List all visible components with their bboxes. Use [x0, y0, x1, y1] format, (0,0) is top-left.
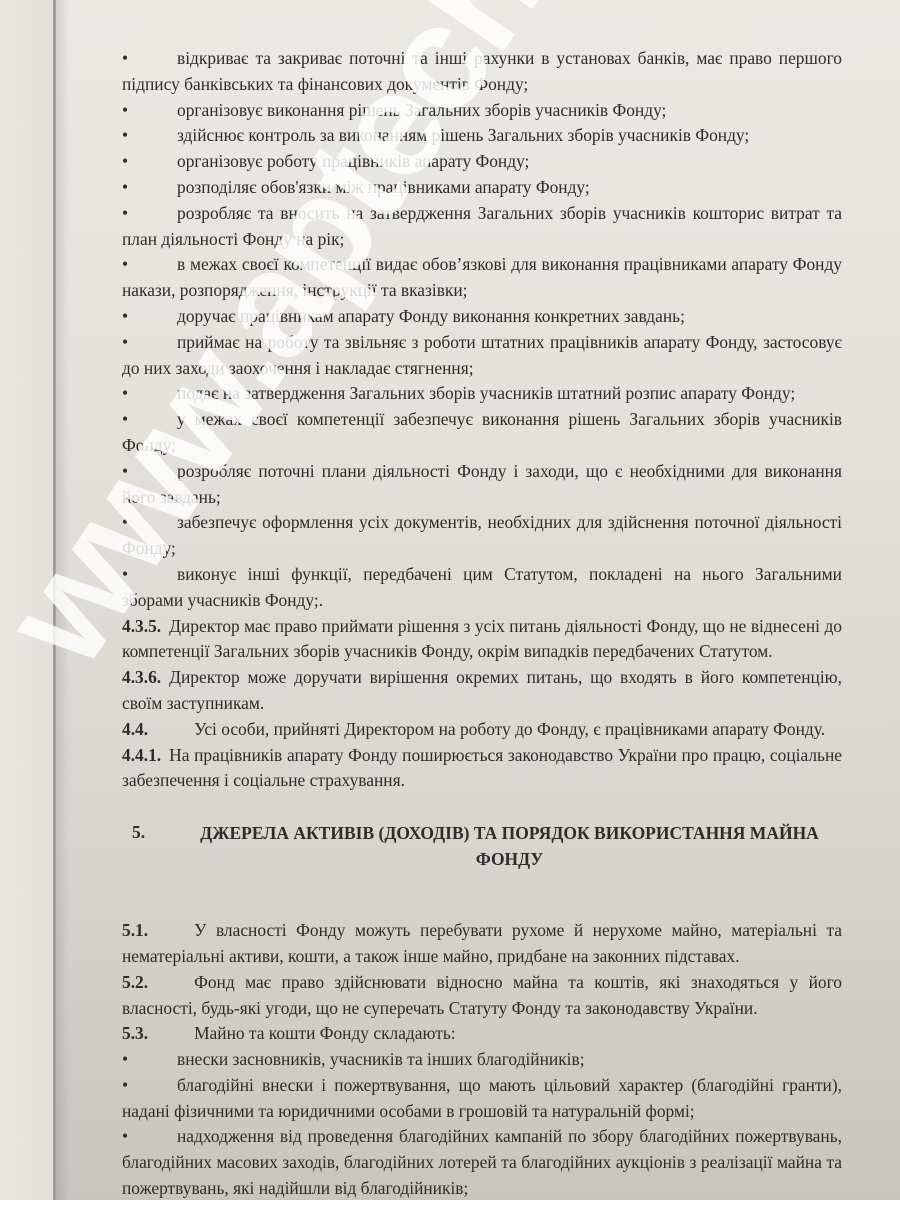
- list-item-text: розробляє поточні плани діяльності Фонду…: [122, 461, 842, 507]
- clause-number: 4.4.1.: [122, 745, 161, 765]
- list-item-text: організовує виконання рішень Загальних з…: [177, 100, 666, 120]
- list-item: •в межах своєї компетенції видає обов’яз…: [122, 252, 842, 304]
- bullet-icon: •: [122, 330, 132, 356]
- clause-number: 5.3.: [122, 1023, 148, 1043]
- list-item: •приймає на роботу та звільняє з роботи …: [122, 330, 842, 382]
- bullet-icon: •: [122, 381, 132, 407]
- list-item: •надходження від проведення благодійних …: [122, 1124, 842, 1200]
- bullet-icon: •: [122, 1073, 132, 1099]
- clause-text: Фонд має право здійснювати відносно майн…: [122, 972, 842, 1018]
- clause-text: Директор має право приймати рішення з ус…: [122, 616, 842, 662]
- clause: 4.3.6.Директор може доручати вирішення о…: [122, 665, 842, 717]
- clause: 5.1.У власності Фонду можуть перебувати …: [122, 918, 842, 970]
- binding-shadow: [56, 0, 70, 1200]
- list-item-text: відкриває та закриває поточні та інші ра…: [122, 48, 842, 94]
- list-item: •розробляє та вносить на затвердження За…: [122, 201, 842, 253]
- list-item: •розробляє поточні плани діяльності Фонд…: [122, 459, 842, 511]
- clause-text: Майно та кошти Фонду складають:: [194, 1023, 456, 1043]
- left-page-edge: [0, 0, 53, 1200]
- list-item: •відкриває та закриває поточні та інші р…: [122, 46, 842, 98]
- clause-number: 4.3.6.: [122, 667, 161, 687]
- list-item-text: розподіляє обов'язки між працівниками ап…: [177, 177, 590, 197]
- list-item-text: організовує роботу працівників апарату Ф…: [177, 151, 529, 171]
- bullet-icon: •: [122, 252, 132, 278]
- list-item-text: розробляє та вносить на затвердження Заг…: [122, 203, 842, 249]
- section-5-heading: 5. ДЖЕРЕЛА АКТИВІВ (ДОХОДІВ) ТА ПОРЯДОК …: [122, 820, 842, 872]
- list-item: •внески засновників, учасників та інших …: [122, 1047, 842, 1073]
- director-duties-list: •відкриває та закриває поточні та інші р…: [122, 46, 842, 614]
- list-item-text: забезпечує оформлення усіх документів, н…: [122, 512, 842, 558]
- list-item-text: здійснює контроль за виконанням рішень З…: [177, 125, 749, 145]
- bullet-icon: •: [122, 304, 132, 330]
- list-item: •виконує інші функції, передбачені цим С…: [122, 562, 842, 614]
- bullet-icon: •: [122, 46, 132, 72]
- list-item-text: доручає працівникам апарату Фонду викона…: [177, 306, 685, 326]
- section-5-title-line2: ФОНДУ: [122, 846, 842, 872]
- bullet-icon: •: [122, 459, 132, 485]
- list-item-text: у межах своєї компетенції забезпечує вик…: [122, 409, 842, 455]
- clause-text: У власності Фонду можуть перебувати рухо…: [122, 920, 842, 966]
- list-item: •у межах своєї компетенції забезпечує ви…: [122, 407, 842, 459]
- bullet-icon: •: [122, 510, 132, 536]
- list-item-text: внески засновників, учасників та інших б…: [177, 1049, 585, 1069]
- list-item: •організовує роботу працівників апарату …: [122, 149, 842, 175]
- list-item-text: виконує інші функції, передбачені цим Ст…: [122, 564, 842, 610]
- list-item-text: подає на затвердження Загальних зборів у…: [177, 383, 795, 403]
- list-item: •подає на затвердження Загальних зборів …: [122, 381, 842, 407]
- bullet-icon: •: [122, 562, 132, 588]
- bullet-icon: •: [122, 175, 132, 201]
- clause: 4.3.5.Директор має право приймати рішенн…: [122, 614, 842, 666]
- list-item: •забезпечує оформлення усіх документів, …: [122, 510, 842, 562]
- fund-assets-list: •внески засновників, учасників та інших …: [122, 1047, 842, 1200]
- clause-number: 4.4.: [122, 719, 148, 739]
- bullet-icon: •: [122, 201, 132, 227]
- clauses-section-4: 4.3.5.Директор має право приймати рішенн…: [122, 614, 842, 795]
- clause: 4.4.1.На працівників апарату Фонду пошир…: [122, 743, 842, 795]
- document-text: •відкриває та закриває поточні та інші р…: [122, 46, 842, 1200]
- bullet-icon: •: [122, 149, 132, 175]
- clause: 5.3.Майно та кошти Фонду складають:: [122, 1021, 842, 1047]
- bullet-icon: •: [122, 1124, 132, 1150]
- bullet-icon: •: [122, 407, 132, 433]
- clause: 4.4.Усі особи, прийняті Директором на ро…: [122, 717, 842, 743]
- bullet-icon: •: [122, 1047, 132, 1073]
- clause-text: Усі особи, прийняті Директором на роботу…: [194, 719, 825, 739]
- list-item-text: благодійні внески і пожертвування, що ма…: [122, 1075, 842, 1121]
- clause-number: 4.3.5.: [122, 616, 161, 636]
- list-item-text: приймає на роботу та звільняє з роботи ш…: [122, 332, 842, 378]
- list-item-text: в межах своєї компетенції видає обов’язк…: [122, 254, 842, 300]
- list-item: •благодійні внески і пожертвування, що м…: [122, 1073, 842, 1125]
- clause-number: 5.2.: [122, 972, 148, 992]
- bullet-icon: •: [122, 98, 132, 124]
- list-item: •здійснює контроль за виконанням рішень …: [122, 123, 842, 149]
- list-item: •доручає працівникам апарату Фонду викон…: [122, 304, 842, 330]
- clause: 5.2.Фонд має право здійснювати відносно …: [122, 970, 842, 1022]
- clause-text: На працівників апарату Фонду поширюється…: [122, 745, 842, 791]
- list-item: •розподіляє обов'язки між працівниками а…: [122, 175, 842, 201]
- list-item-text: надходження від проведення благодійних к…: [122, 1126, 842, 1198]
- clause-number: 5.1.: [122, 920, 148, 940]
- section-5-number: 5.: [132, 820, 145, 846]
- bullet-icon: •: [122, 123, 132, 149]
- clause-text: Директор може доручати вирішення окремих…: [122, 667, 842, 713]
- list-item: •організовує виконання рішень Загальних …: [122, 98, 842, 124]
- clauses-section-5: 5.1.У власності Фонду можуть перебувати …: [122, 918, 842, 1047]
- section-5-title-line1: ДЖЕРЕЛА АКТИВІВ (ДОХОДІВ) ТА ПОРЯДОК ВИК…: [122, 820, 842, 846]
- document-photo: •відкриває та закриває поточні та інші р…: [0, 0, 900, 1200]
